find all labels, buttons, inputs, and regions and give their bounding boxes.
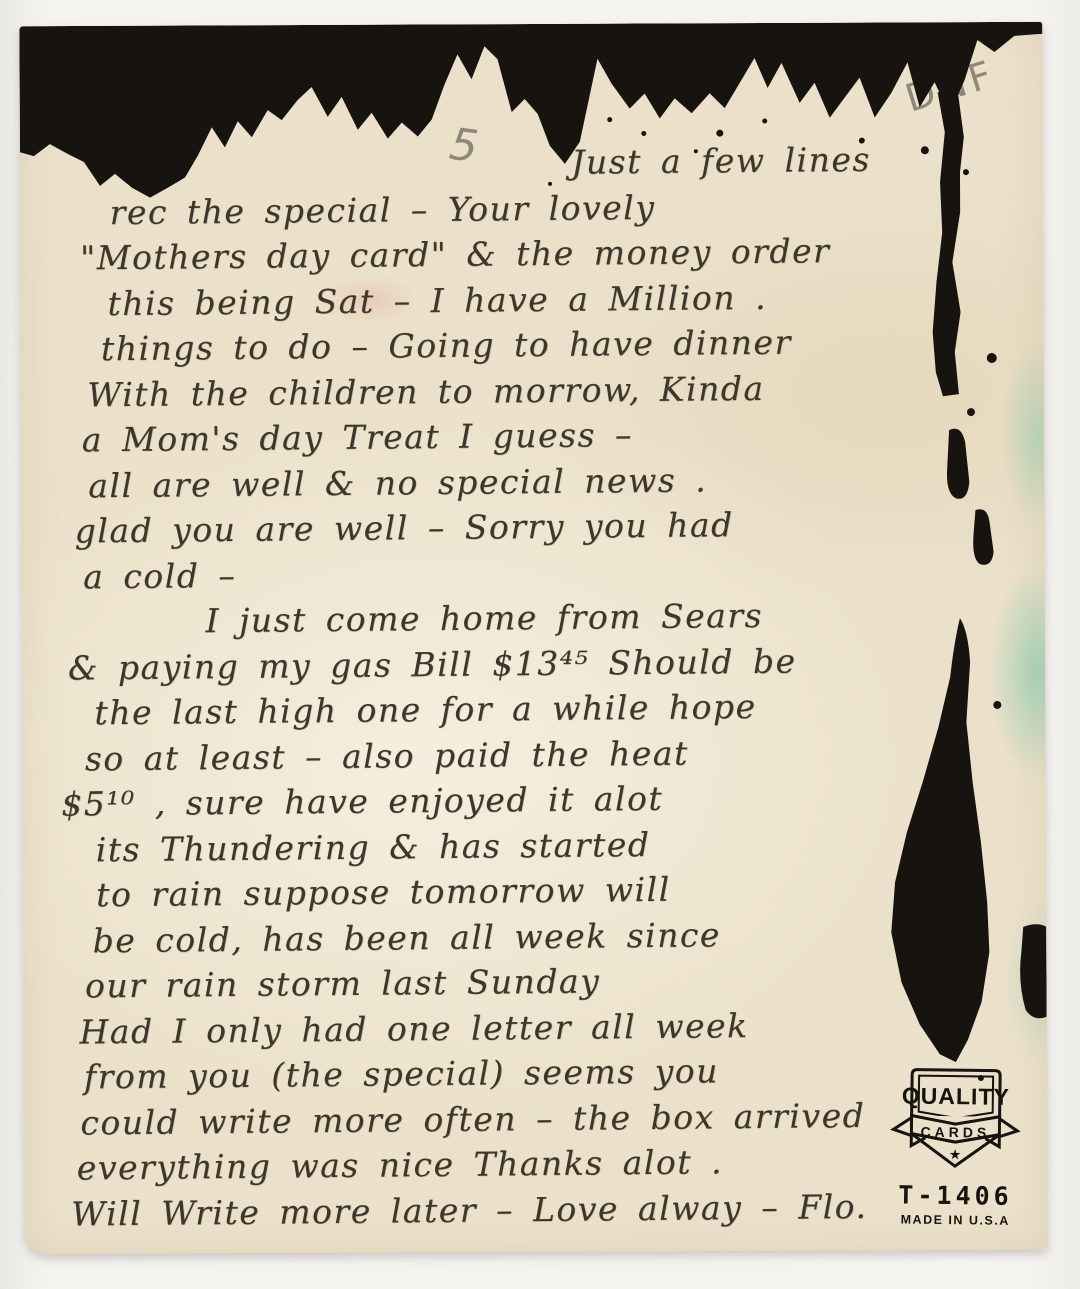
scan-page: { "palette": { "page_background": "#f4f3…	[0, 0, 1080, 1289]
ink-blotches	[19, 22, 1047, 1254]
mid-ink-blob	[947, 429, 970, 499]
lower-right-ink-blob	[890, 618, 990, 1062]
right-edge-ink-blob	[1020, 924, 1047, 1018]
letter-card: Just a few linesrec the special – Your l…	[19, 22, 1047, 1254]
top-ink-blotch	[19, 22, 1043, 198]
right-ink-drip	[932, 90, 965, 396]
